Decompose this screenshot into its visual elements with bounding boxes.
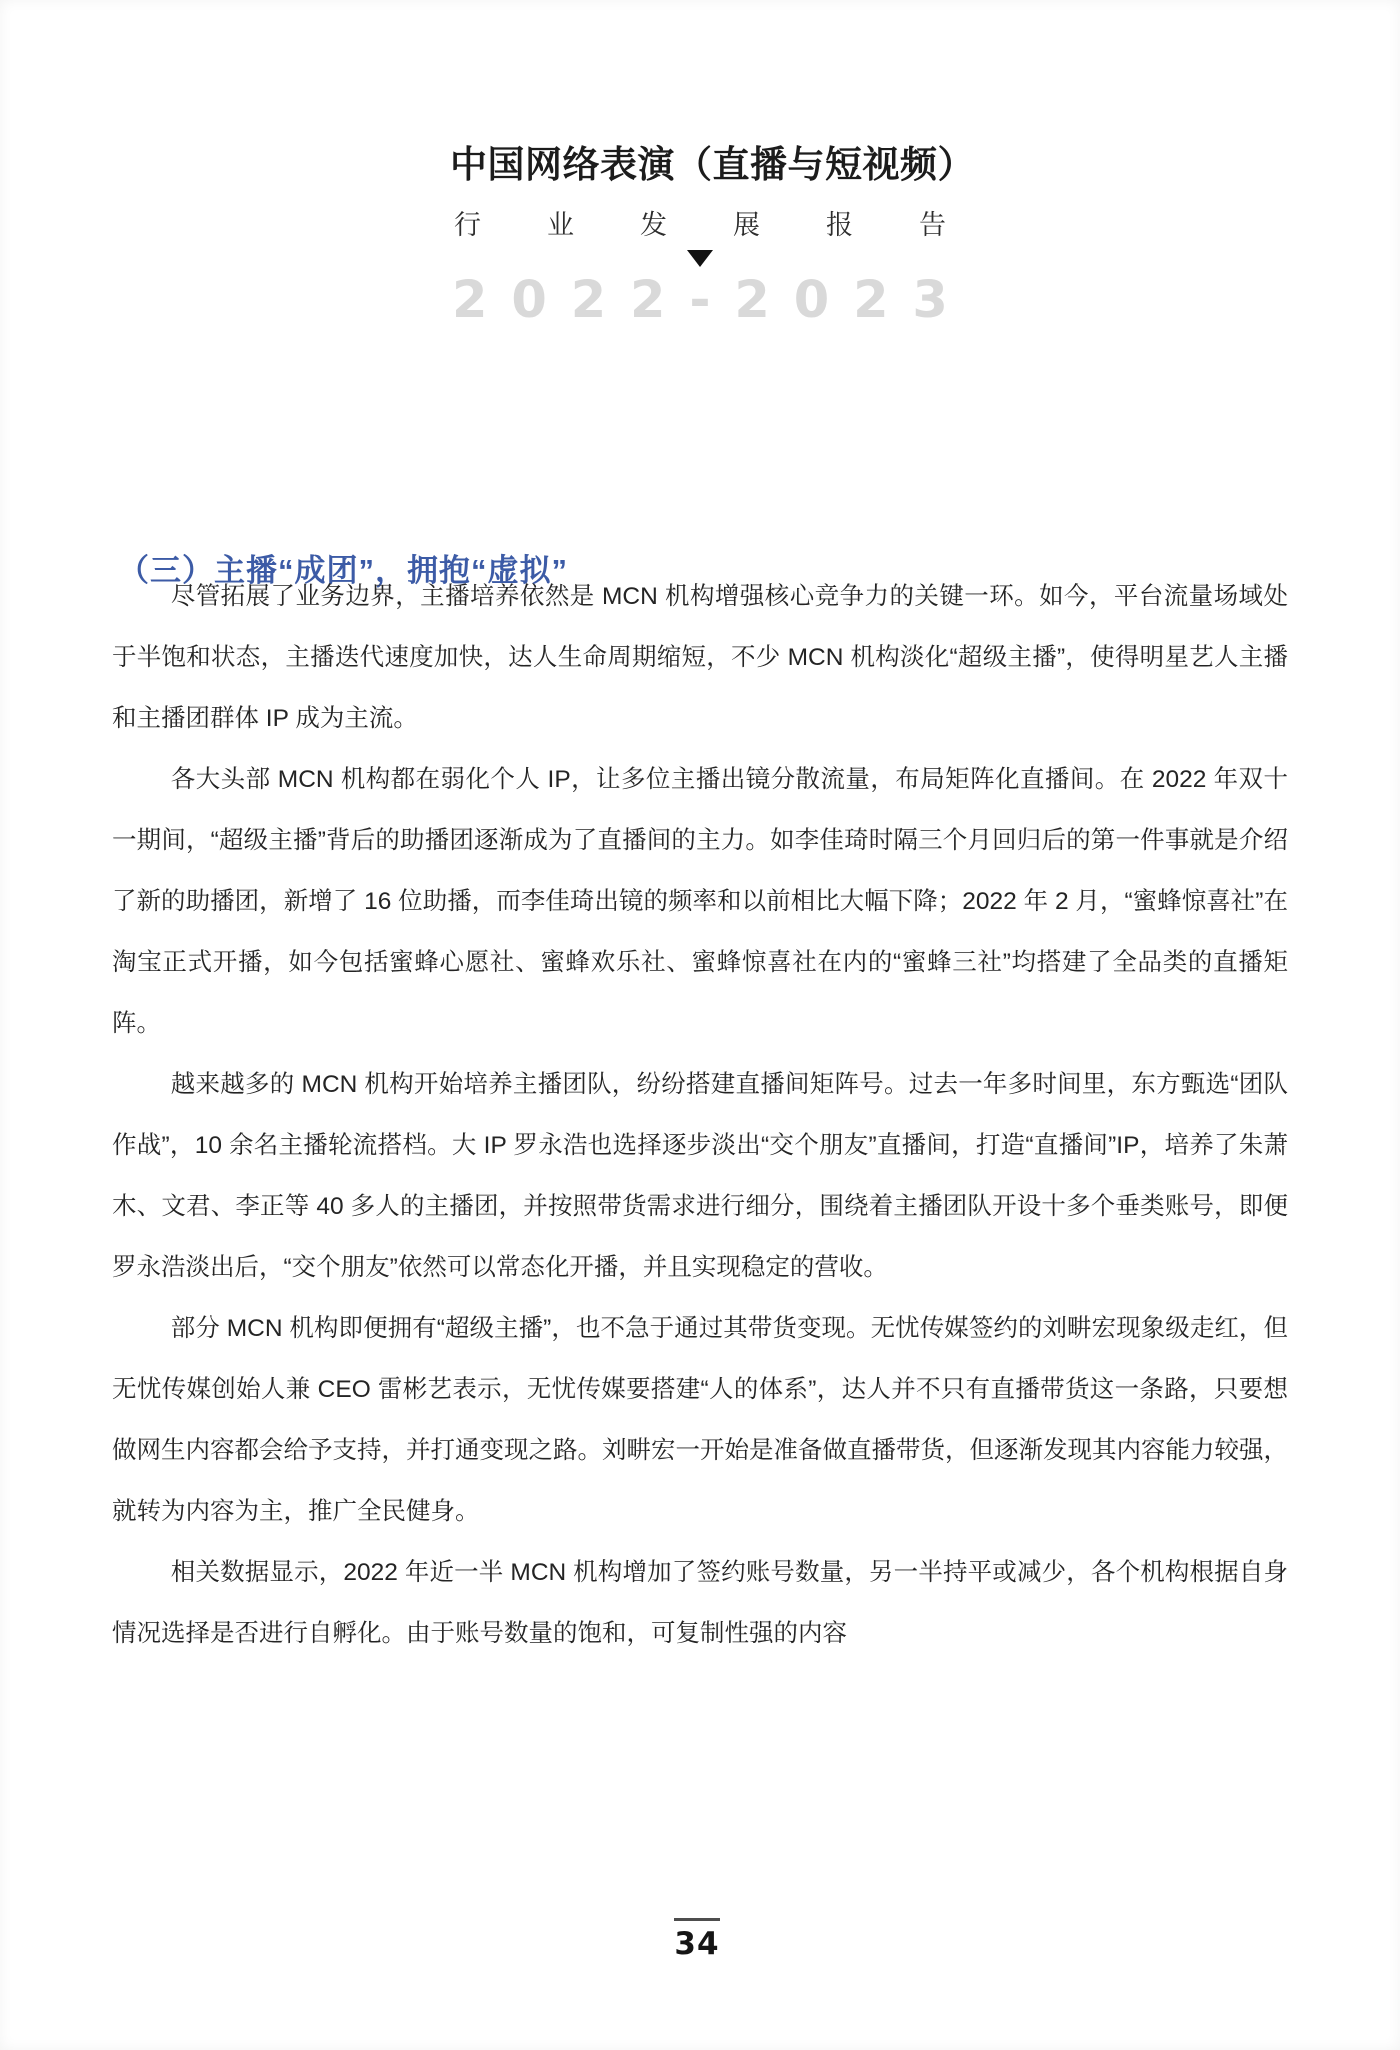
page-number: 34 <box>674 1926 719 1962</box>
paragraph-3: 越来越多的 MCN 机构开始培养主播团队，纷纷搭建直播间矩阵号。过去一年多时间里… <box>112 1054 1288 1298</box>
paragraph-1: 尽管拓展了业务边界，主播培养依然是 MCN 机构增强核心竞争力的关键一环。如今，… <box>112 566 1288 749</box>
report-years: 2022-2023 <box>450 271 950 330</box>
footer-divider <box>674 1918 720 1921</box>
report-subtitle: 行业发展报告 <box>450 203 950 242</box>
triangle-wrap <box>450 250 950 268</box>
page-footer: 34 <box>0 1918 1394 1962</box>
report-header: 中国网络表演（直播与短视频） 行业发展报告 2022-2023 <box>450 134 950 330</box>
paragraph-5: 相关数据显示，2022 年近一半 MCN 机构增加了签约账号数量，另一半持平或减… <box>112 1542 1288 1664</box>
paragraph-2: 各大头部 MCN 机构都在弱化个人 IP，让多位主播出镜分散流量，布局矩阵化直播… <box>112 749 1288 1054</box>
report-page: 中国网络表演（直播与短视频） 行业发展报告 2022-2023 （三）主播“成团… <box>0 0 1400 2050</box>
down-triangle-icon <box>687 250 713 267</box>
report-title: 中国网络表演（直播与短视频） <box>450 134 950 188</box>
body-text: 尽管拓展了业务边界，主播培养依然是 MCN 机构增强核心竞争力的关键一环。如今，… <box>112 566 1288 1664</box>
paragraph-4: 部分 MCN 机构即便拥有“超级主播”，也不急于通过其带货变现。无忧传媒签约的刘… <box>112 1298 1288 1542</box>
